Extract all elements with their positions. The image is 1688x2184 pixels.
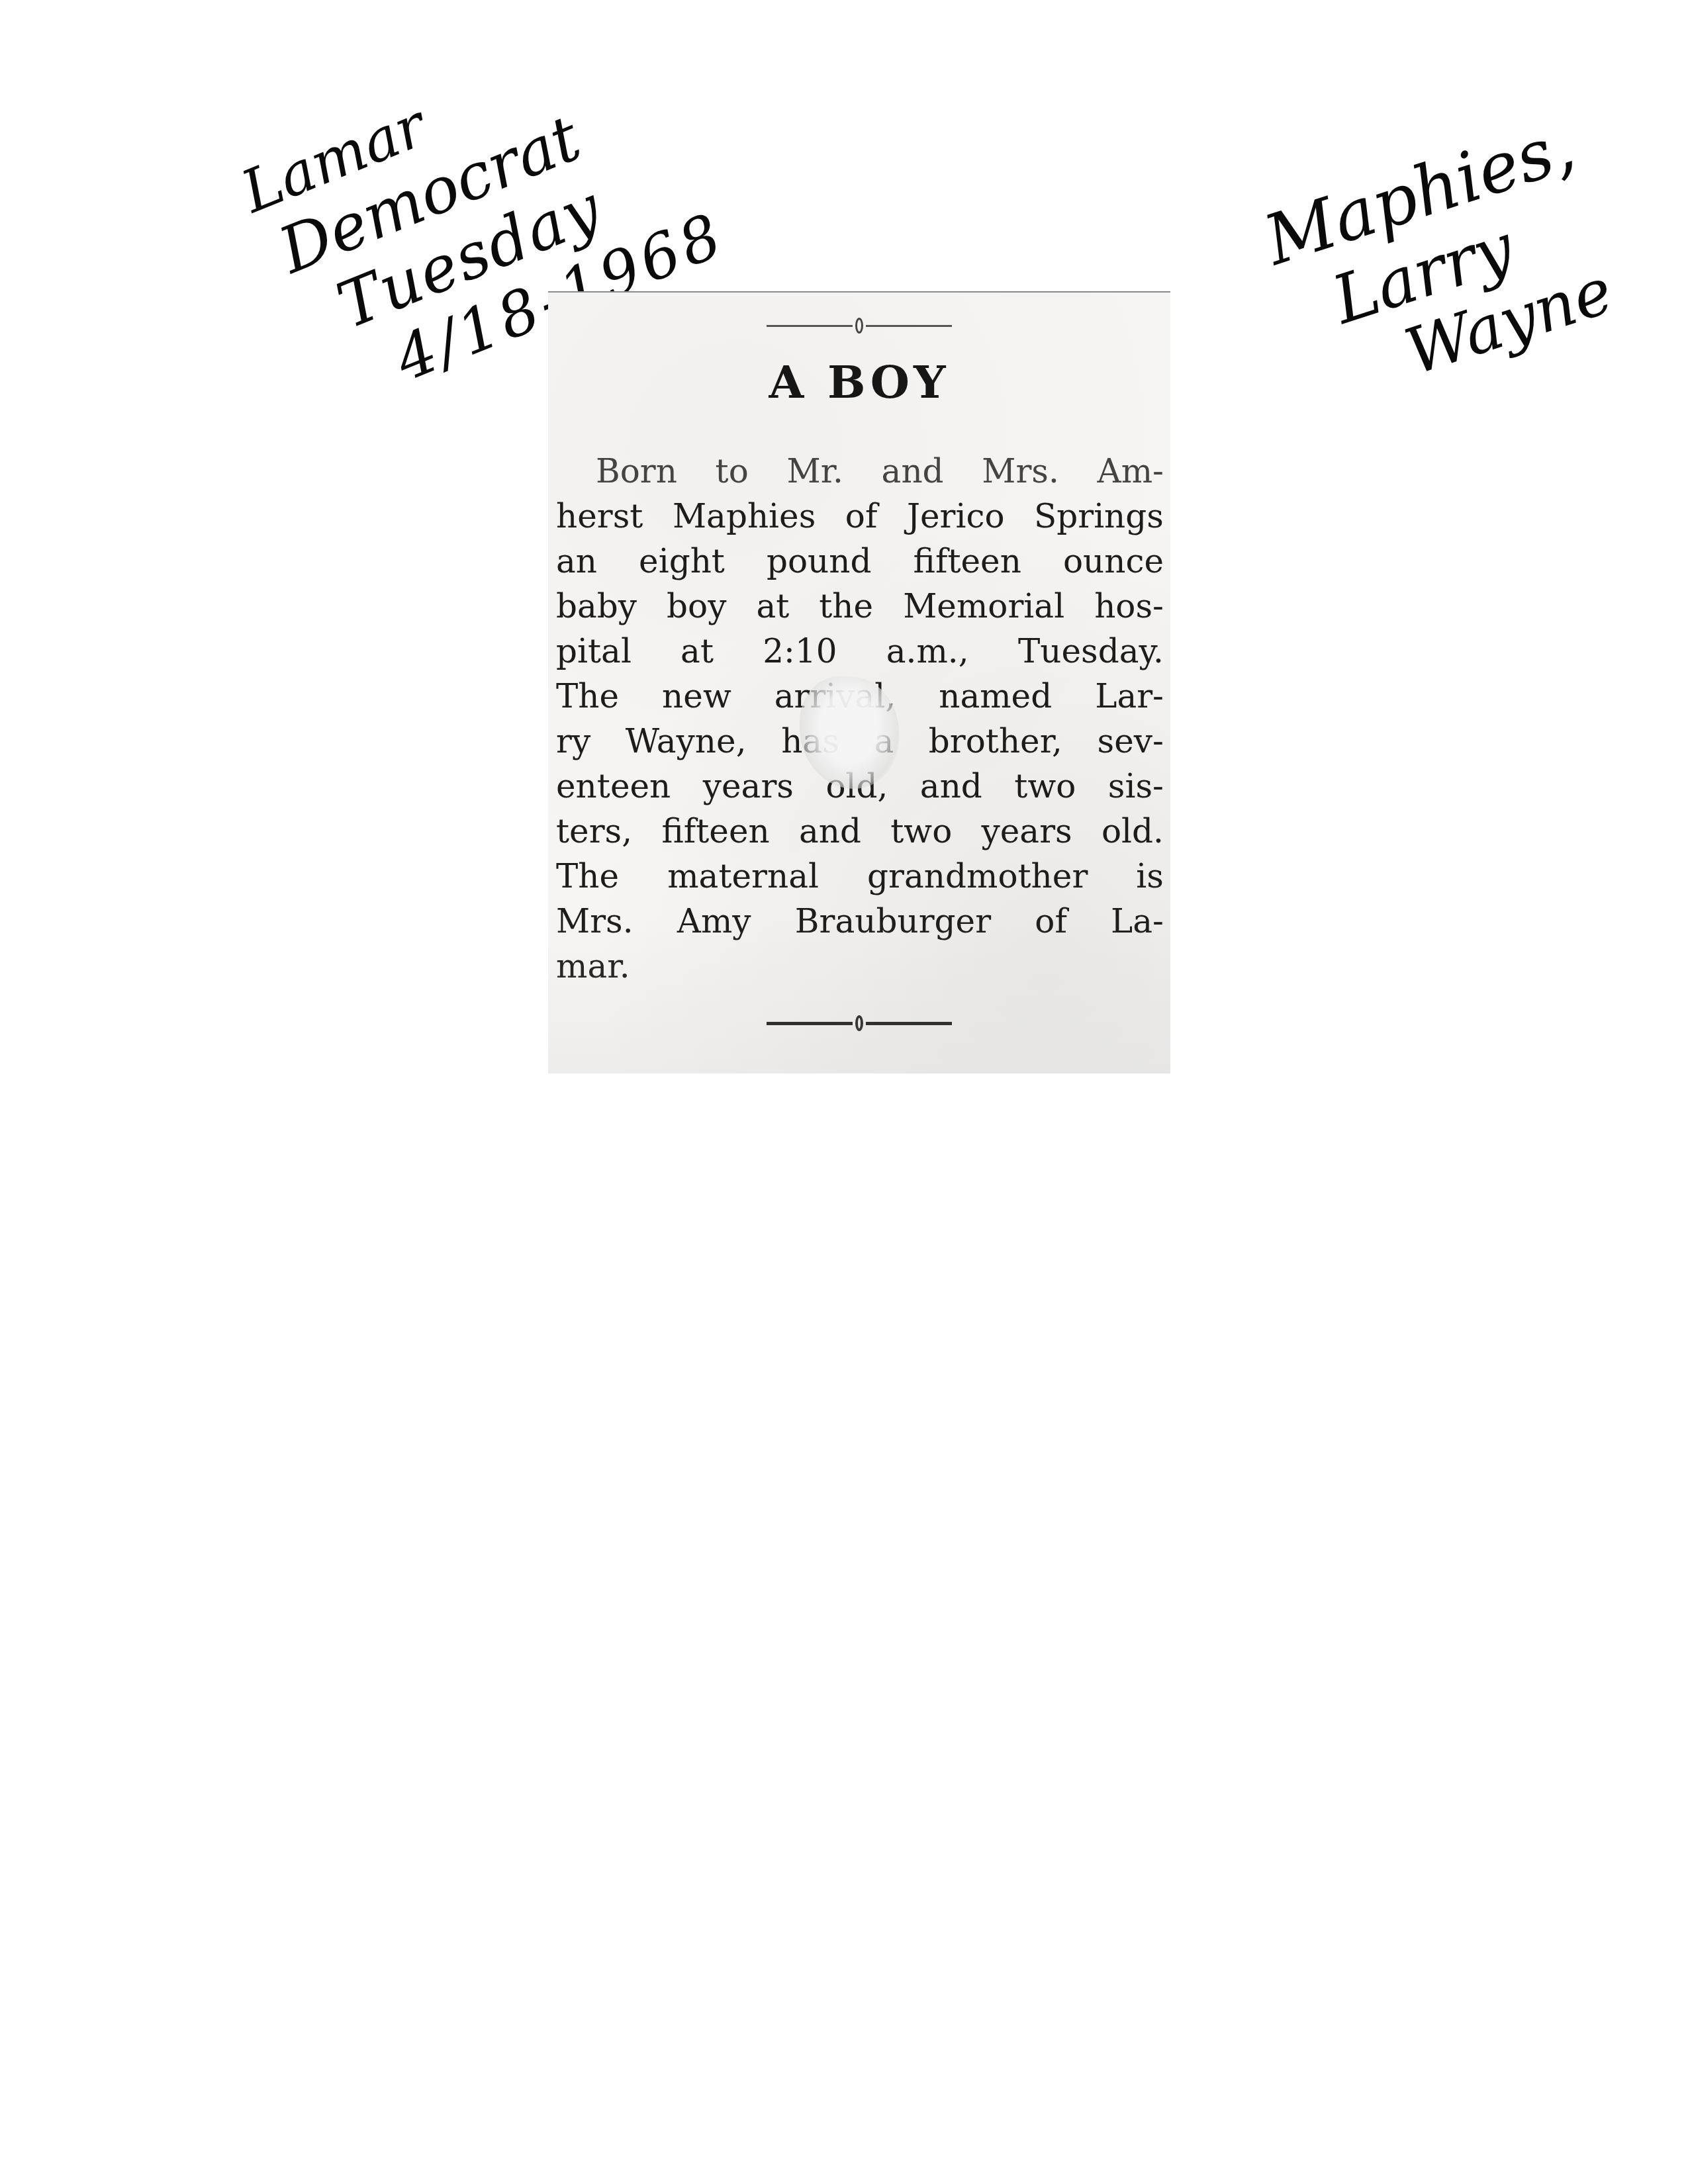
divider-rule-left: [767, 1022, 853, 1025]
handwritten-subject-note: Maphies, Larry Wayne: [1244, 69, 1629, 386]
top-divider: [767, 318, 952, 334]
article-line: pital at 2:10 a.m., Tuesday.: [556, 629, 1164, 674]
article-line: Born to Mr. and Mrs. Am-: [556, 449, 1164, 494]
article-line: baby boy at the Memorial hos-: [556, 584, 1164, 629]
article-line: an eight pound fifteen ounce: [556, 539, 1164, 584]
divider-ornament-icon: [855, 318, 863, 334]
divider-rule-right: [866, 1022, 952, 1025]
article-line: mar.: [556, 944, 1164, 989]
article-line: ters, fifteen and two years old.: [556, 809, 1164, 854]
scanned-page: Lamar Democrat Tuesday 4/18-1968 Maphies…: [0, 0, 1688, 2184]
newspaper-clipping: A BOY Born to Mr. and Mrs. Am- herst Map…: [548, 291, 1170, 1073]
bottom-divider: [767, 1015, 952, 1031]
article-line: herst Maphies of Jerico Springs: [556, 494, 1164, 539]
divider-rule-left: [767, 325, 853, 327]
divider-ornament-icon: [855, 1015, 863, 1031]
article-headline: A BOY: [548, 356, 1170, 409]
divider-rule-right: [866, 325, 952, 327]
article-line: Mrs. Amy Brauburger of La-: [556, 899, 1164, 944]
article-line: The maternal grandmother is: [556, 854, 1164, 899]
